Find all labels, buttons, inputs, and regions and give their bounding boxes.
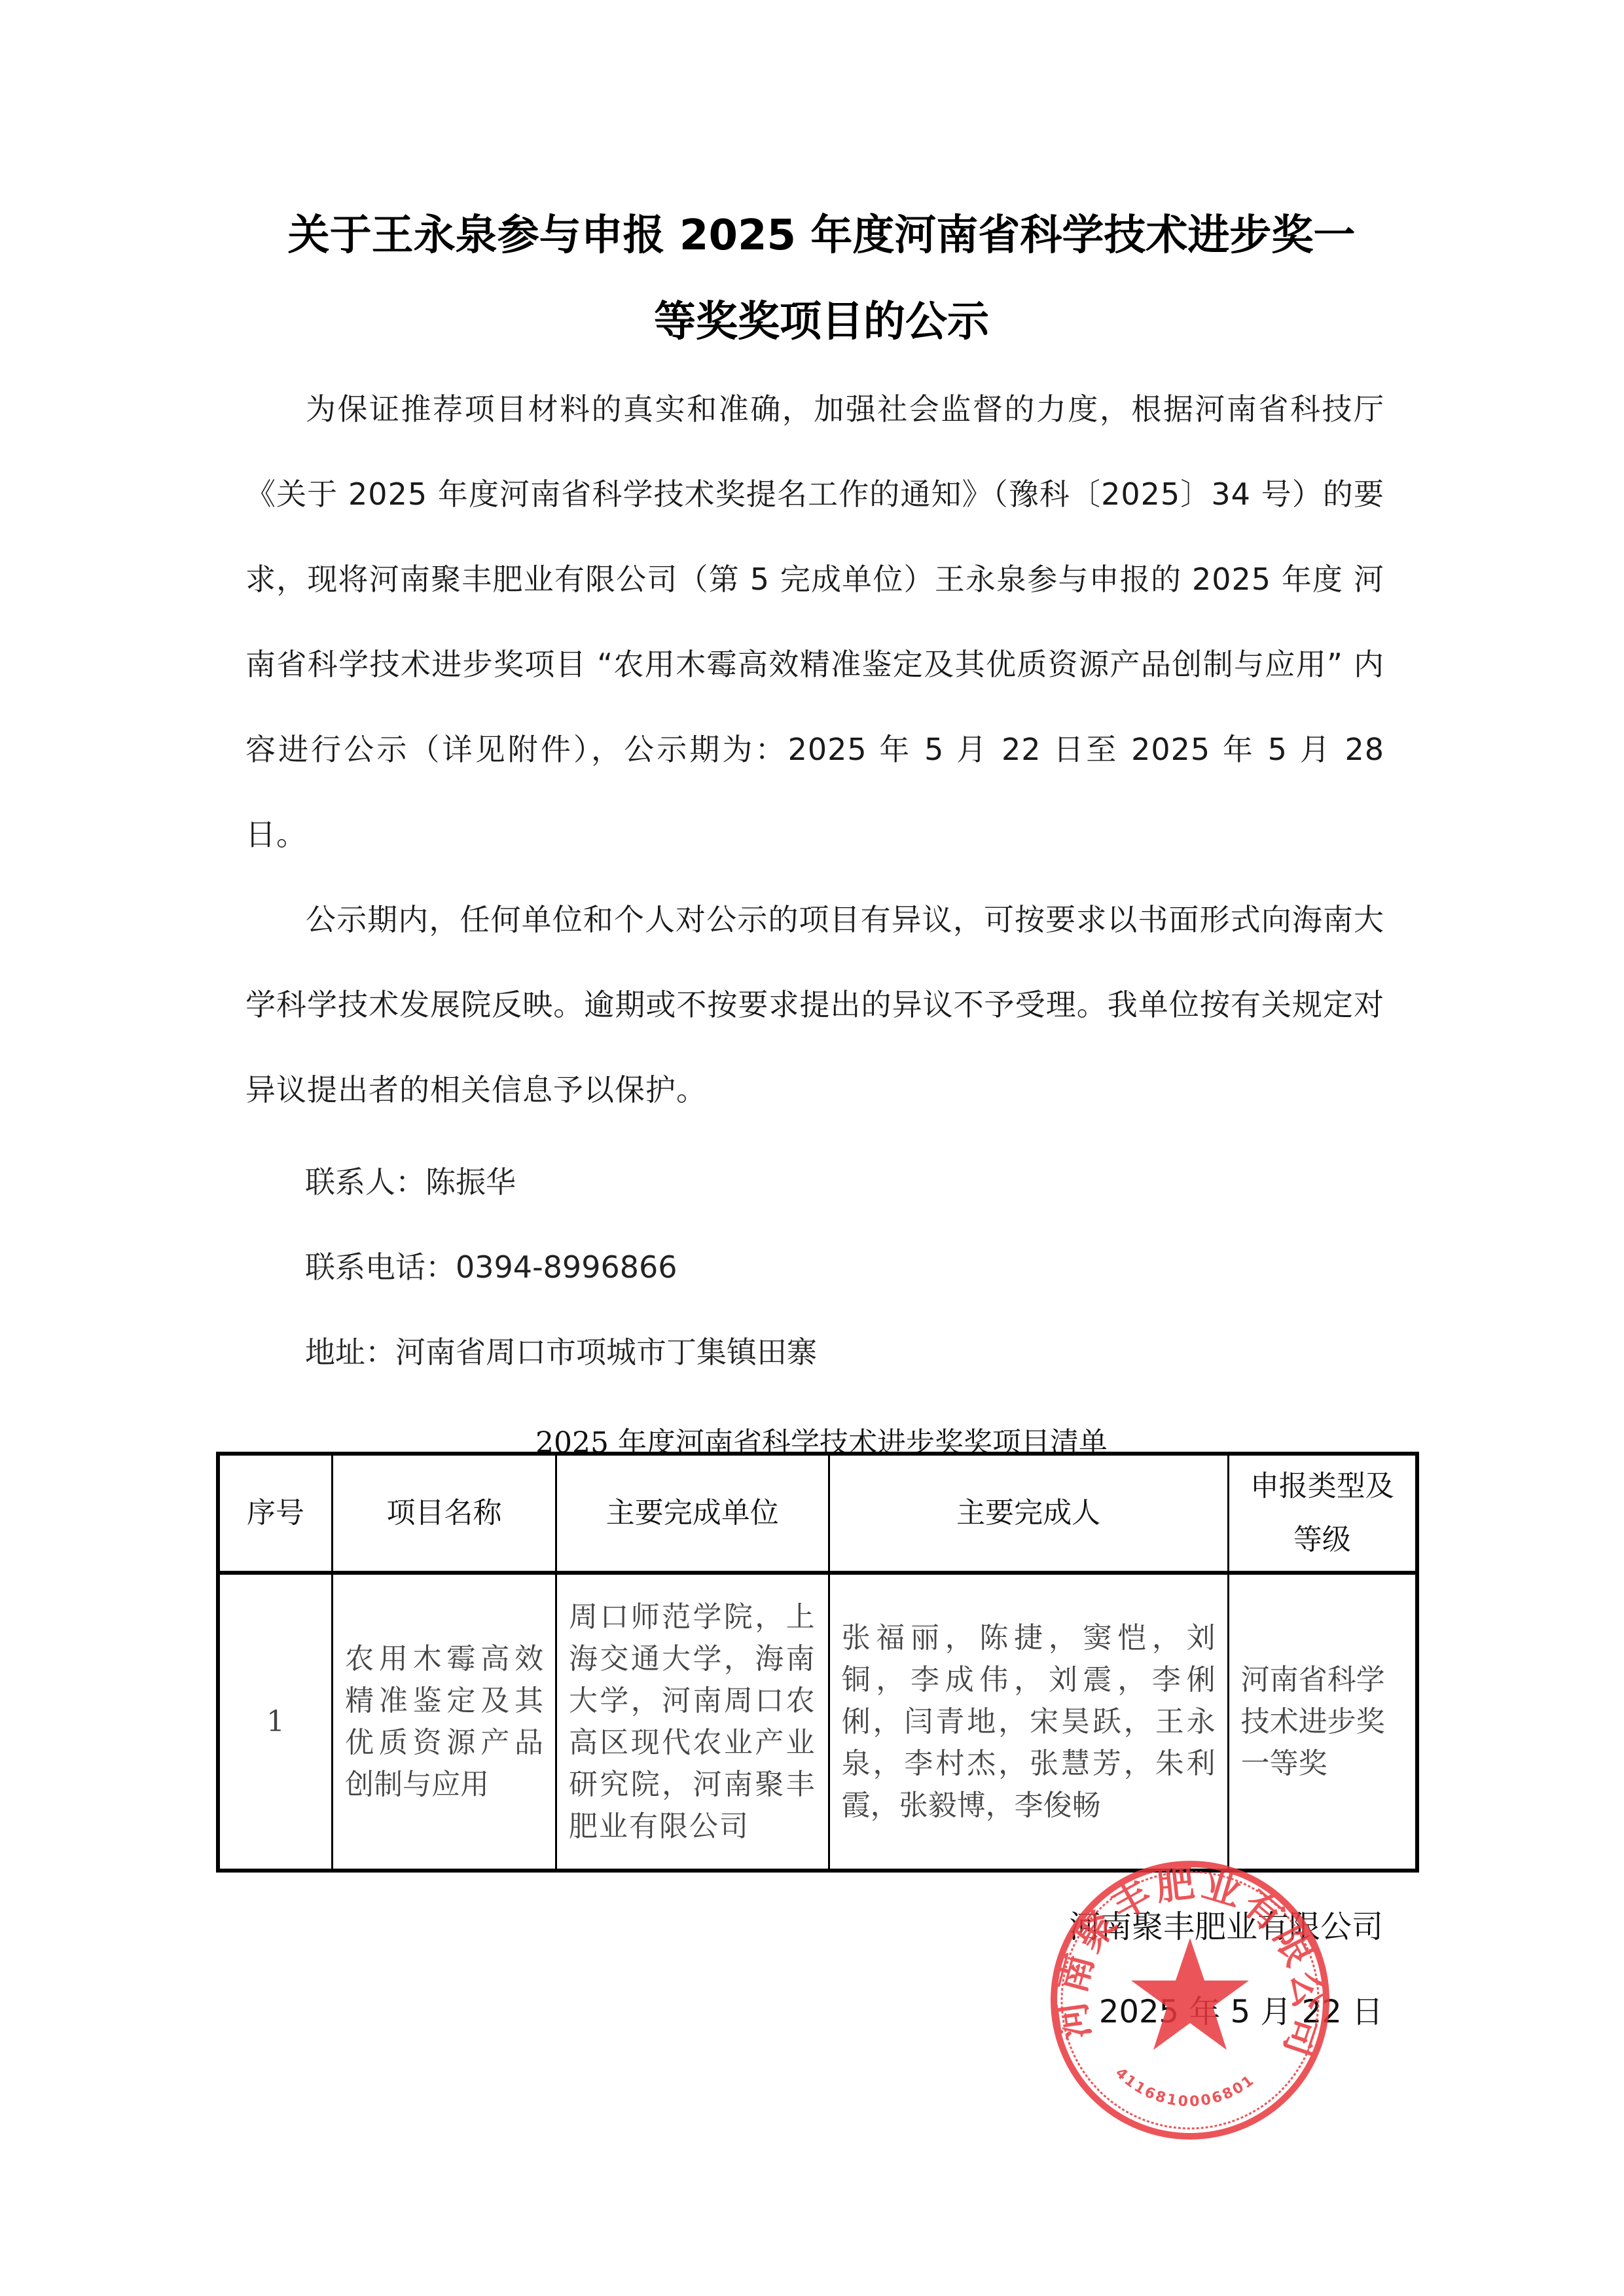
contact-phone: 联系电话：0394-8996866 bbox=[305, 1244, 677, 1287]
seal-star-icon bbox=[1131, 1938, 1249, 2050]
cell-seq: 1 bbox=[218, 1573, 333, 1871]
cell-units: 周口师范学院，上海交通大学，海南大学，河南周口农高区现代农业产业研究院，河南聚丰… bbox=[556, 1573, 829, 1871]
project-table: 序号 项目名称 主要完成单位 主要完成人 申报类型及等级 1 农用木霉高效精准鉴… bbox=[216, 1452, 1419, 1873]
body-paragraph-2: 公示期内，任何单位和个人对公示的项目有异议，可按要求以书面形式向海南大学科学技术… bbox=[245, 877, 1384, 1132]
cell-grade: 河南省科学技术进步奖一等奖 bbox=[1228, 1573, 1417, 1871]
seal-code: 4116810006801 bbox=[1112, 2065, 1258, 2110]
document-title-line1: 关于王永泉参与申报 2025 年度河南省科学技术进步奖一 bbox=[216, 209, 1427, 262]
contact-address: 地址：河南省周口市项城市丁集镇田寨 bbox=[305, 1329, 817, 1372]
table-row: 1 农用木霉高效精准鉴定及其优质资源产品创制与应用 周口师范学院，上海交通大学，… bbox=[218, 1573, 1417, 1871]
document-title-line2: 等奖奖项目的公示 bbox=[216, 296, 1427, 348]
cell-people: 张福丽，陈捷，窦恺，刘铜，李成伟，刘震，李俐俐，闫青地，宋昊跃，王永泉，李村杰，… bbox=[829, 1573, 1228, 1871]
company-seal-icon: 河南聚丰肥业有限公司 4116810006801 bbox=[1046, 1856, 1334, 2144]
cell-project: 农用木霉高效精准鉴定及其优质资源产品创制与应用 bbox=[333, 1573, 556, 1871]
header-seq: 序号 bbox=[218, 1454, 333, 1573]
header-units: 主要完成单位 bbox=[556, 1454, 829, 1573]
header-grade: 申报类型及等级 bbox=[1228, 1454, 1417, 1573]
header-project: 项目名称 bbox=[333, 1454, 556, 1573]
contact-person: 联系人：陈振华 bbox=[305, 1158, 516, 1202]
table-header-row: 序号 项目名称 主要完成单位 主要完成人 申报类型及等级 bbox=[218, 1454, 1417, 1573]
body-paragraph-1: 为保证推荐项目材料的真实和准确，加强社会监督的力度，根据河南省科技厅《关于 20… bbox=[245, 367, 1384, 877]
header-people: 主要完成人 bbox=[829, 1454, 1228, 1573]
svg-text:4116810006801: 4116810006801 bbox=[1112, 2065, 1258, 2110]
